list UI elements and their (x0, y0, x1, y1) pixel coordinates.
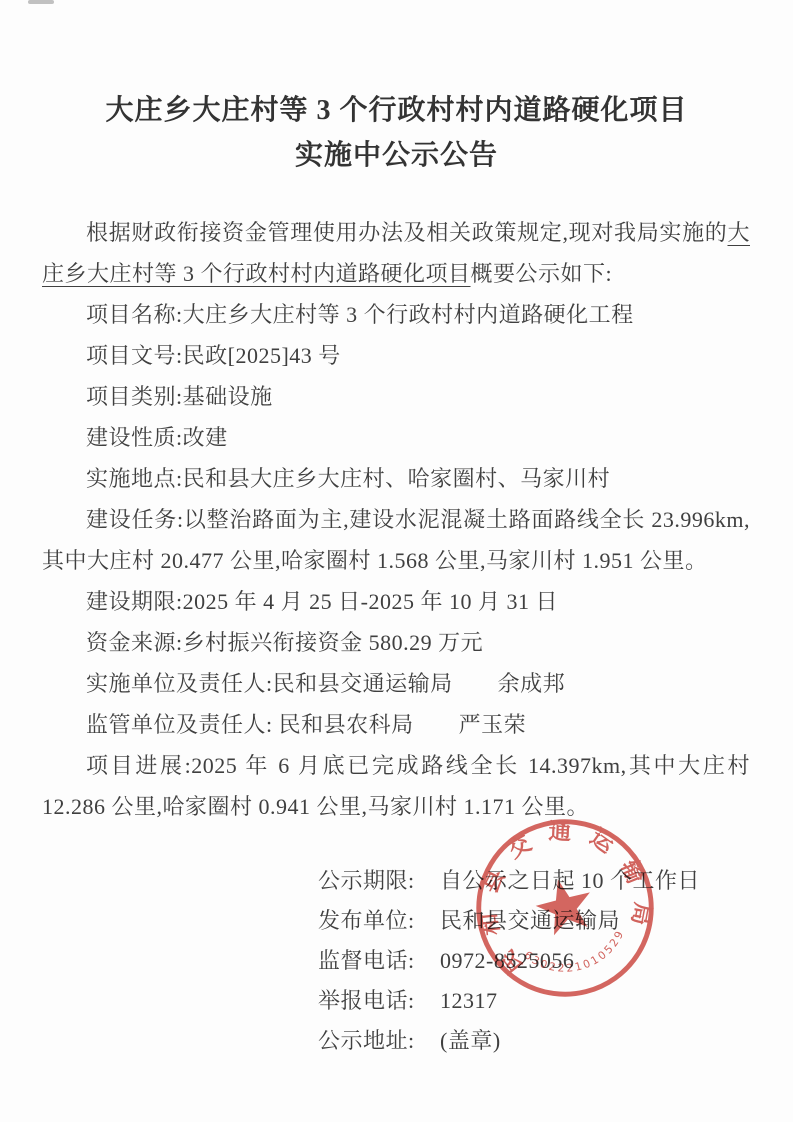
intro-prefix: 根据财政衔接资金管理使用办法及相关政策规定,现对我局实施的 (86, 220, 727, 245)
field-project-name: 项目名称:大庄乡大庄村等 3 个行政村村内道路硬化工程 (42, 294, 750, 335)
footer-label: 发布单位: (318, 901, 440, 941)
footer-block: 公示期限: 自公示之日起 10 个工作日 发布单位: 民和县交通运输局 监督电话… (318, 861, 793, 1061)
field-construction-tasks: 建设任务:以整治路面为主,建设水泥混凝土路面路线全长 23.996km,其中大庄… (42, 499, 750, 581)
footer-row-supervision-phone: 监督电话: 0972-8525056 (318, 941, 793, 981)
field-construction-nature: 建设性质:改建 (42, 417, 750, 458)
field-label: 实施单位及责任人: (86, 671, 273, 696)
field-value: 大庄乡大庄村等 3 个行政村村内道路硬化工程 (183, 302, 634, 327)
field-label: 建设任务: (86, 507, 184, 532)
title-line-1: 大庄乡大庄村等 3 个行政村村内道路硬化项目 (40, 88, 753, 133)
field-label: 项目类别: (86, 384, 183, 409)
field-value: 2025 年 4 月 25 日-2025 年 10 月 31 日 (183, 589, 558, 614)
field-category: 项目类别:基础设施 (42, 376, 750, 417)
footer-label: 公示期限: (318, 861, 440, 901)
footer-value: 自公示之日起 10 个工作日 (440, 861, 793, 901)
field-project-progress: 项目进展:2025 年 6 月底已完成路线全长 14.397km,其中大庄村 1… (42, 745, 750, 827)
field-implementation-location: 实施地点:民和县大庄乡大庄村、哈家圈村、马家川村 (42, 458, 750, 499)
field-construction-period: 建设期限:2025 年 4 月 25 日-2025 年 10 月 31 日 (42, 581, 750, 622)
field-supervising-unit: 监管单位及责任人: 民和县农科局 严玉荣 (42, 704, 750, 745)
field-value: 民和县大庄乡大庄村、哈家圈村、马家川村 (183, 466, 611, 491)
footer-value: 民和县交通运输局 (440, 901, 793, 941)
title-line-2: 实施中公示公告 (40, 133, 753, 178)
field-value: 乡村振兴衔接资金 580.29 万元 (183, 630, 484, 655)
footer-value: 0972-8525056 (440, 941, 793, 981)
field-value: 基础设施 (183, 384, 273, 409)
field-doc-number: 项目文号:民政[2025]43 号 (42, 335, 750, 376)
field-value: 民和县农科局 严玉荣 (273, 712, 527, 737)
footer-value: (盖章) (440, 1021, 793, 1061)
intro-paragraph: 根据财政衔接资金管理使用办法及相关政策规定,现对我局实施的大庄乡大庄村等 3 个… (42, 212, 750, 294)
footer-value: 12317 (440, 981, 793, 1021)
field-label: 项目名称: (86, 302, 183, 327)
footer-label: 公示地址: (318, 1021, 440, 1061)
intro-suffix: 概要公示如下: (471, 261, 613, 286)
field-label: 项目文号: (86, 343, 183, 368)
field-label: 实施地点: (86, 466, 183, 491)
footer-label: 监督电话: (318, 941, 440, 981)
footer-label: 举报电话: (318, 981, 440, 1021)
field-label: 建设期限: (86, 589, 183, 614)
field-label: 建设性质: (86, 425, 183, 450)
field-label: 项目进展: (86, 753, 191, 778)
scan-artifact (28, 0, 54, 4)
document-title: 大庄乡大庄村等 3 个行政村村内道路硬化项目 实施中公示公告 (40, 88, 753, 178)
footer-row-report-phone: 举报电话: 12317 (318, 981, 793, 1021)
field-value: 民和县交通运输局 余成邦 (273, 671, 566, 696)
field-implementing-unit: 实施单位及责任人:民和县交通运输局 余成邦 (42, 663, 750, 704)
field-value: 改建 (183, 425, 228, 450)
footer-row-publicity-period: 公示期限: 自公示之日起 10 个工作日 (318, 861, 793, 901)
document-page: 大庄乡大庄村等 3 个行政村村内道路硬化项目 实施中公示公告 根据财政衔接资金管… (0, 0, 793, 1122)
footer-row-issuing-unit: 发布单位: 民和县交通运输局 (318, 901, 793, 941)
field-label: 监管单位及责任人: (86, 712, 273, 737)
document-body: 根据财政衔接资金管理使用办法及相关政策规定,现对我局实施的大庄乡大庄村等 3 个… (42, 212, 750, 827)
field-value: 民政[2025]43 号 (183, 343, 341, 368)
footer-row-publicity-address: 公示地址: (盖章) (318, 1021, 793, 1061)
field-label: 资金来源: (86, 630, 183, 655)
field-funding-source: 资金来源:乡村振兴衔接资金 580.29 万元 (42, 622, 750, 663)
